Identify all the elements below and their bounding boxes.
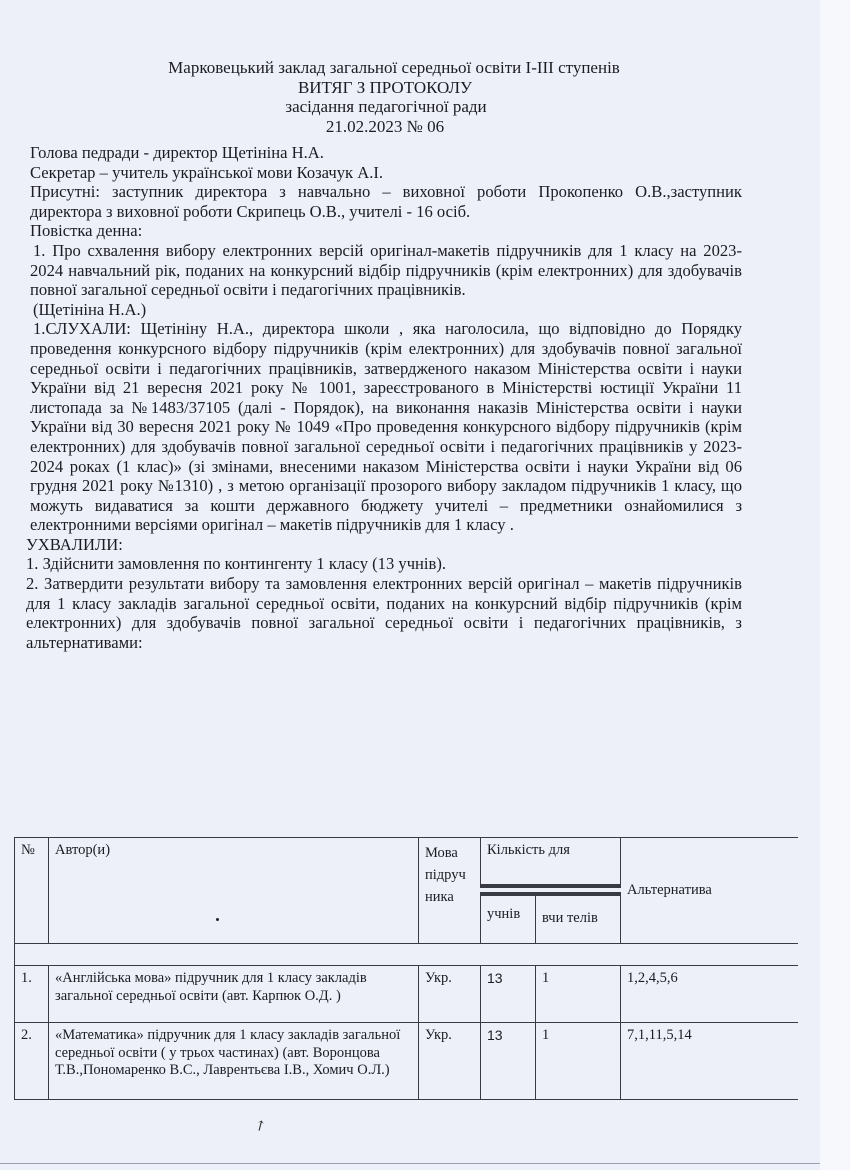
header-num: № <box>15 838 49 944</box>
resolved-label: УХВАЛИЛИ: <box>26 535 742 555</box>
row-students: 13 <box>481 966 536 1023</box>
institution-name: Марковецький заклад загальної середньої … <box>0 58 760 78</box>
row-num: 2. <box>15 1023 49 1100</box>
heard-section: 1.СЛУХАЛИ: Щетініну Н.А., директора школ… <box>30 319 742 535</box>
header-teachers: вчи телів <box>536 890 621 944</box>
row-num: 1. <box>15 966 49 1023</box>
resolved-item-2: 2. Затвердити результати вибору та замов… <box>26 574 742 652</box>
header-alternative: Альтернатива <box>621 838 798 944</box>
document-title: ВИТЯГ З ПРОТОКОЛУ <box>0 78 760 98</box>
chair-line: Голова педради - директор Щетініна Н.А. <box>30 143 742 163</box>
header-students: учнів <box>481 890 536 944</box>
table-row: 2. «Математика» підручник для 1 класу за… <box>15 1023 798 1100</box>
document-body: Голова педради - директор Щетініна Н.А. … <box>30 143 742 652</box>
row-author: «Математика» підручник для 1 класу закла… <box>49 1023 419 1100</box>
page-bottom-edge <box>0 1163 820 1164</box>
resolved-item-1: 1. Здійснити замовлення по контингенту 1… <box>26 554 742 574</box>
scan-speck <box>216 918 219 921</box>
row-alternative: 7,1,11,5,14 <box>621 1023 798 1100</box>
document-header: Марковецький заклад загальної середньої … <box>0 58 760 136</box>
row-alternative: 1,2,4,5,6 <box>621 966 798 1023</box>
present-line: Присутні: заступник директора з навчальн… <box>30 182 742 221</box>
agenda-item-1-responsible: (Щетініна Н.А.) <box>30 300 742 320</box>
row-teachers: 1 <box>536 966 621 1023</box>
agenda-label: Повістка денна: <box>30 221 742 241</box>
table-spacer-row <box>15 944 798 966</box>
row-language: Укр. <box>419 1023 481 1100</box>
row-language: Укр. <box>419 966 481 1023</box>
header-quantity-for: Кількість для <box>481 838 621 890</box>
table-header-row: № Автор(и) Мова підруч ника Кількість дл… <box>15 838 798 890</box>
agenda-item-1: 1. Про схвалення вибору електронних верс… <box>30 241 742 300</box>
textbooks-table: № Автор(и) Мова підруч ника Кількість дл… <box>14 837 798 1100</box>
document-date-number: 21.02.2023 № 06 <box>0 117 760 137</box>
secretary-line: Секретар – учитель української мови Коза… <box>30 163 742 183</box>
row-teachers: 1 <box>536 1023 621 1100</box>
header-author: Автор(и) <box>49 838 419 944</box>
pen-mark: ↗ <box>252 1116 271 1137</box>
table-row: 1. «Англійська мова» підручник для 1 кла… <box>15 966 798 1023</box>
header-language: Мова підруч ника <box>419 838 481 944</box>
row-students: 13 <box>481 1023 536 1100</box>
document-subtitle: засідання педагогічної ради <box>0 97 760 117</box>
row-author: «Англійська мова» підручник для 1 класу … <box>49 966 419 1023</box>
page-margin <box>820 0 850 1170</box>
